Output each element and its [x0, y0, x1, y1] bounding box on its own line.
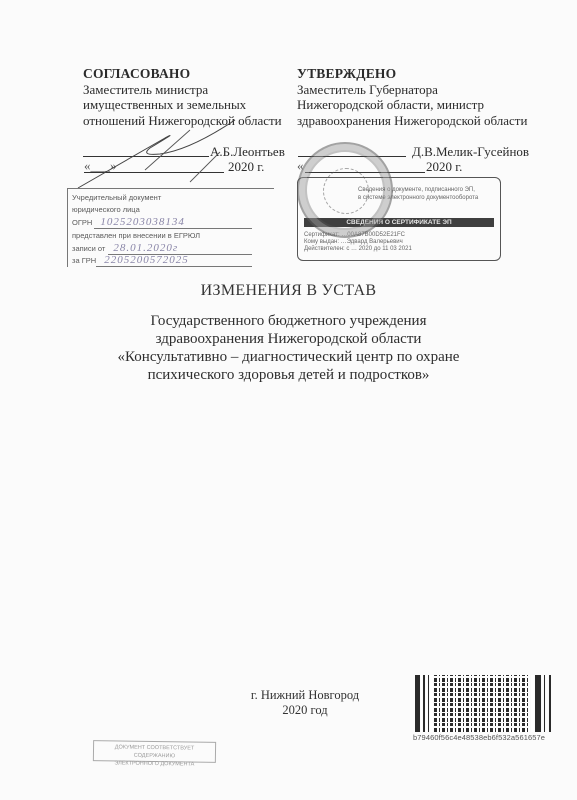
- grn-row: за ГРН 2205200572025: [72, 254, 270, 266]
- record-date: 28.01.2020г: [113, 242, 178, 254]
- agreed-line-1: Заместитель министра: [83, 82, 208, 97]
- approved-line-2: Нижегородской области, министр: [297, 97, 484, 112]
- grn-label: за ГРН: [72, 256, 96, 265]
- certificate-validity: Действителен: с … 2020 до 11 03 2021: [304, 246, 412, 252]
- org-line-4: психического здоровья детей и подростков…: [0, 366, 577, 384]
- record-row: записи от 28.01.2020г: [72, 242, 270, 254]
- org-line-1: Государственного бюджетного учреждения: [0, 312, 577, 330]
- copy-stamp-line-2: ЭЛЕКТРОННОГО ДОКУМЕНТА: [94, 759, 215, 769]
- pdf417-barcode-icon: [415, 675, 551, 732]
- copy-stamp-line-1: ДОКУМЕНТ СООТВЕТСТВУЕТ СОДЕРЖАНИЮ: [94, 743, 215, 761]
- barcode: b79460f56c4e48538eb6f532a561657e: [413, 672, 563, 744]
- approved-line-3: здравоохранения Нижегородской области: [297, 113, 527, 128]
- ogrn-row: ОГРН 1025203038134: [72, 216, 270, 228]
- registration-line-1: Учредительный документ: [72, 192, 270, 204]
- barcode-hash: b79460f56c4e48538eb6f532a561657e: [413, 733, 545, 742]
- seal-emblem-icon: [323, 168, 369, 214]
- record-label: записи от: [72, 244, 105, 253]
- registration-stamp: Учредительный документ юридического лица…: [67, 188, 274, 267]
- approved-line-1: Заместитель Губернатора: [297, 82, 438, 97]
- organization-name: Государственного бюджетного учреждения з…: [0, 312, 577, 384]
- grn-value: 2205200572025: [104, 254, 189, 266]
- document-title: ИЗМЕНЕНИЯ В УСТАВ: [0, 282, 577, 300]
- approved-block: УТВЕРЖДЕНО Заместитель Губернатора Нижег…: [297, 66, 567, 128]
- city-year: г. Нижний Новгород 2020 год: [230, 688, 380, 718]
- copy-certification-stamp: ДОКУМЕНТ СООТВЕТСТВУЕТ СОДЕРЖАНИЮ ЭЛЕКТР…: [93, 740, 216, 763]
- handwritten-signature-icon: [70, 110, 250, 190]
- approved-year: 2020 г.: [426, 159, 462, 175]
- certificate-owner: Кому выдан: …Эдвард Валерьевич: [304, 239, 403, 245]
- registration-line-2: юридического лица: [72, 204, 270, 216]
- agreed-heading: СОГЛАСОВАНО: [83, 66, 190, 81]
- ogrn-label: ОГРН: [72, 218, 92, 227]
- official-seal-icon: [297, 142, 393, 238]
- approved-signer: Д.В.Мелик-Гусейнов: [412, 144, 529, 160]
- ogrn-value: 1025203038134: [100, 216, 185, 228]
- org-line-2: здравоохранения Нижегородской области: [0, 330, 577, 348]
- document-year: 2020 год: [230, 703, 380, 718]
- registration-line-4: представлен при внесении в ЕГРЮЛ: [72, 230, 270, 242]
- approved-heading: УТВЕРЖДЕНО: [297, 66, 396, 81]
- city-name: г. Нижний Новгород: [230, 688, 380, 703]
- org-line-3: «Консультативно – диагностический центр …: [0, 348, 577, 366]
